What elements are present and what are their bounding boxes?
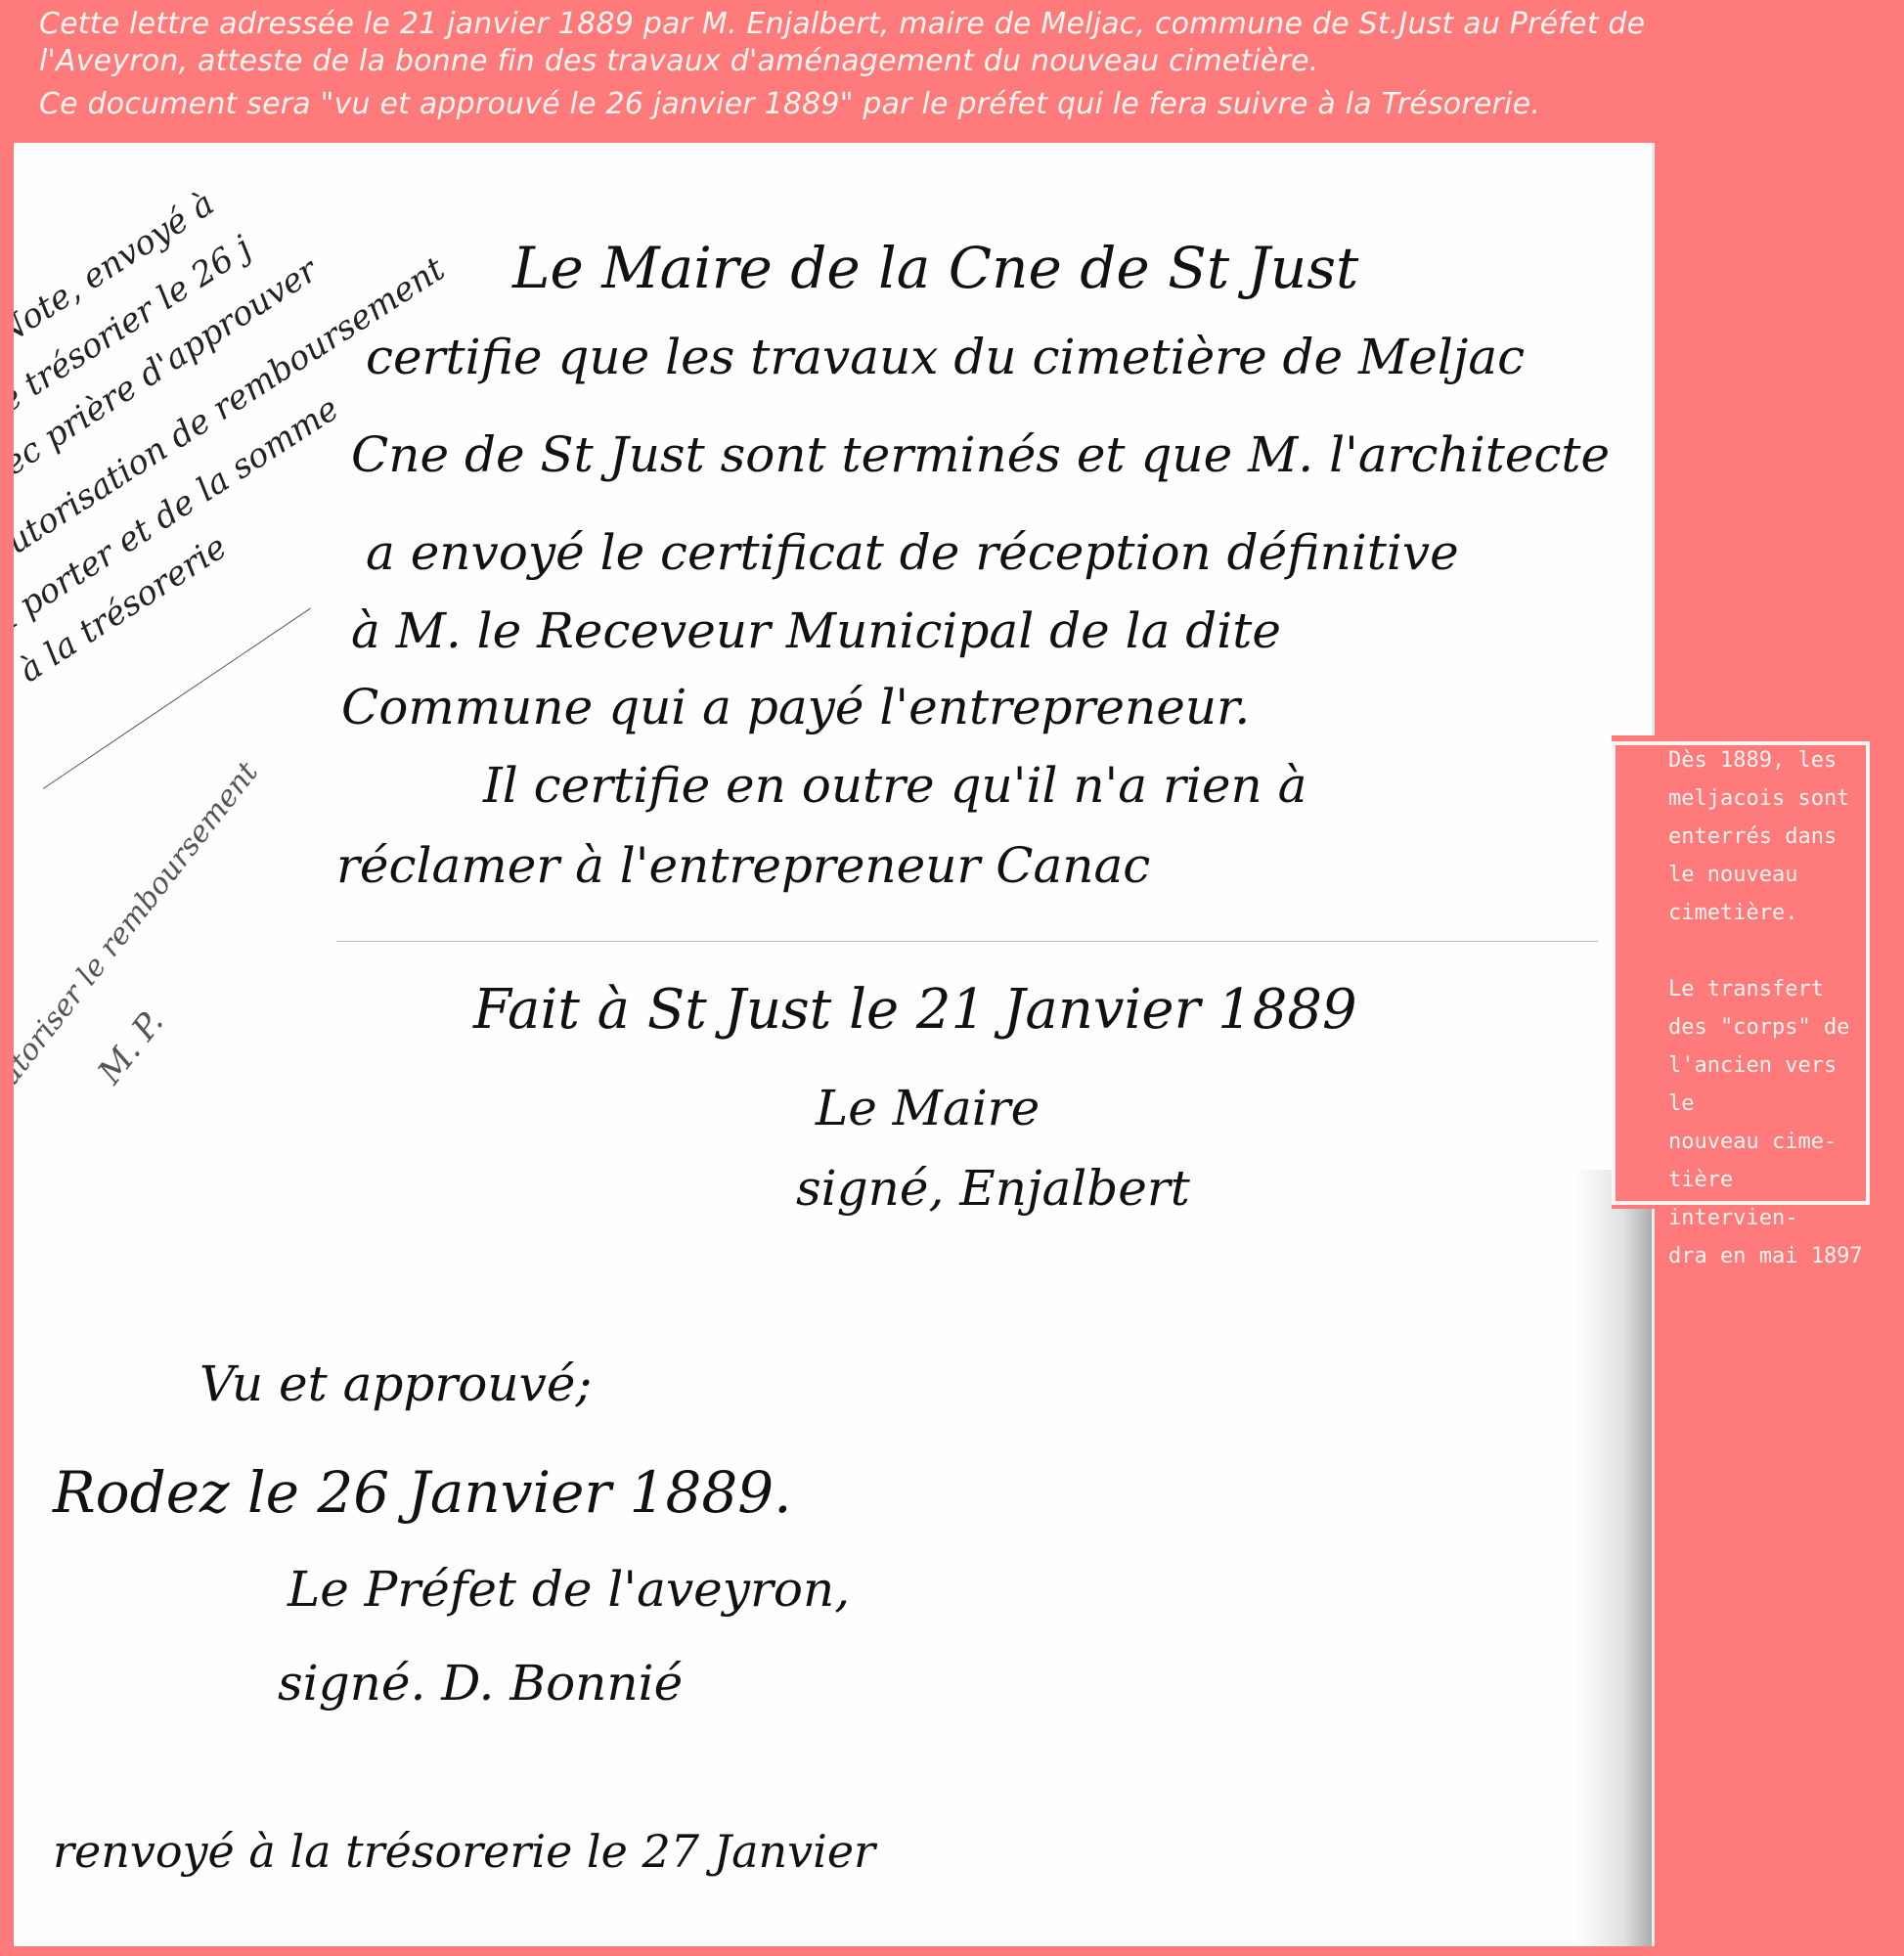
callout-line: des "corps" de [1668, 1008, 1864, 1046]
caption: Cette lettre adressée le 21 janvier 1889… [39, 6, 1878, 123]
callout-line: cimetière. [1668, 894, 1864, 932]
letter-line-6: Commune qui a payé l'entrepreneur. [341, 679, 1250, 735]
approval-line-1: Vu et approuvé; [199, 1356, 592, 1412]
callout-line: le nouveau [1668, 856, 1864, 894]
callout-spacer [1668, 932, 1864, 970]
letter-line-4: a envoyé le certificat de réception défi… [366, 524, 1459, 581]
prefect-signature: signé. D. Bonnié [278, 1655, 683, 1711]
callout-line: dra en mai 1897 [1668, 1237, 1864, 1275]
callout-text: Dès 1889, les meljacois sont enterrés da… [1668, 741, 1864, 1275]
callout-line: meljacois sont [1668, 779, 1864, 818]
letter-line-1: Le Maire de la Cne de St Just [512, 235, 1358, 301]
approval-line-3: Le Préfet de l'aveyron, [288, 1561, 850, 1618]
paper-edge-shadow [1576, 1170, 1655, 1946]
margin-note-line: M. P. [90, 1003, 171, 1091]
caption-line-2: l'Aveyron, atteste de la bonne fin des t… [39, 43, 1878, 80]
footer-note: renvoyé à la trésorerie le 27 Janvier [53, 1825, 875, 1878]
letter-line-8: réclamer à l'entrepreneur Canac [336, 837, 1150, 894]
callout-line: l'ancien vers le [1668, 1046, 1864, 1123]
callout-line: Dès 1889, les [1668, 741, 1864, 779]
callout-line: nouveau cime- [1668, 1123, 1864, 1161]
letter-line-2: certifie que les travaux du cimetière de… [366, 329, 1525, 385]
letter-line-7: Il certifie en outre qu'il n'a rien à [483, 757, 1306, 814]
mayor-signature: signé, Enjalbert [796, 1160, 1190, 1217]
letter-closing: Fait à St Just le 21 Janvier 1889 [473, 978, 1357, 1042]
scanned-letter: Note, envoyé à le trésorier le 26 j avec… [14, 143, 1655, 1946]
caption-line-1: Cette lettre adressée le 21 janvier 1889… [39, 6, 1878, 43]
callout-line: enterrés dans [1668, 818, 1864, 856]
callout-line: tière intervien- [1668, 1161, 1864, 1237]
approval-line-2: Rodez le 26 Janvier 1889. [53, 1459, 792, 1526]
callout-line: Le transfert [1668, 970, 1864, 1008]
letter-line-3: Cne de St Just sont terminés et que M. l… [351, 426, 1610, 483]
faint-rule [336, 941, 1598, 942]
signature-title: Le Maire [816, 1080, 1040, 1136]
letter-line-5: à M. le Receveur Municipal de la dite [351, 602, 1281, 659]
caption-line-3: Ce document sera "vu et approuvé le 26 j… [39, 86, 1878, 123]
